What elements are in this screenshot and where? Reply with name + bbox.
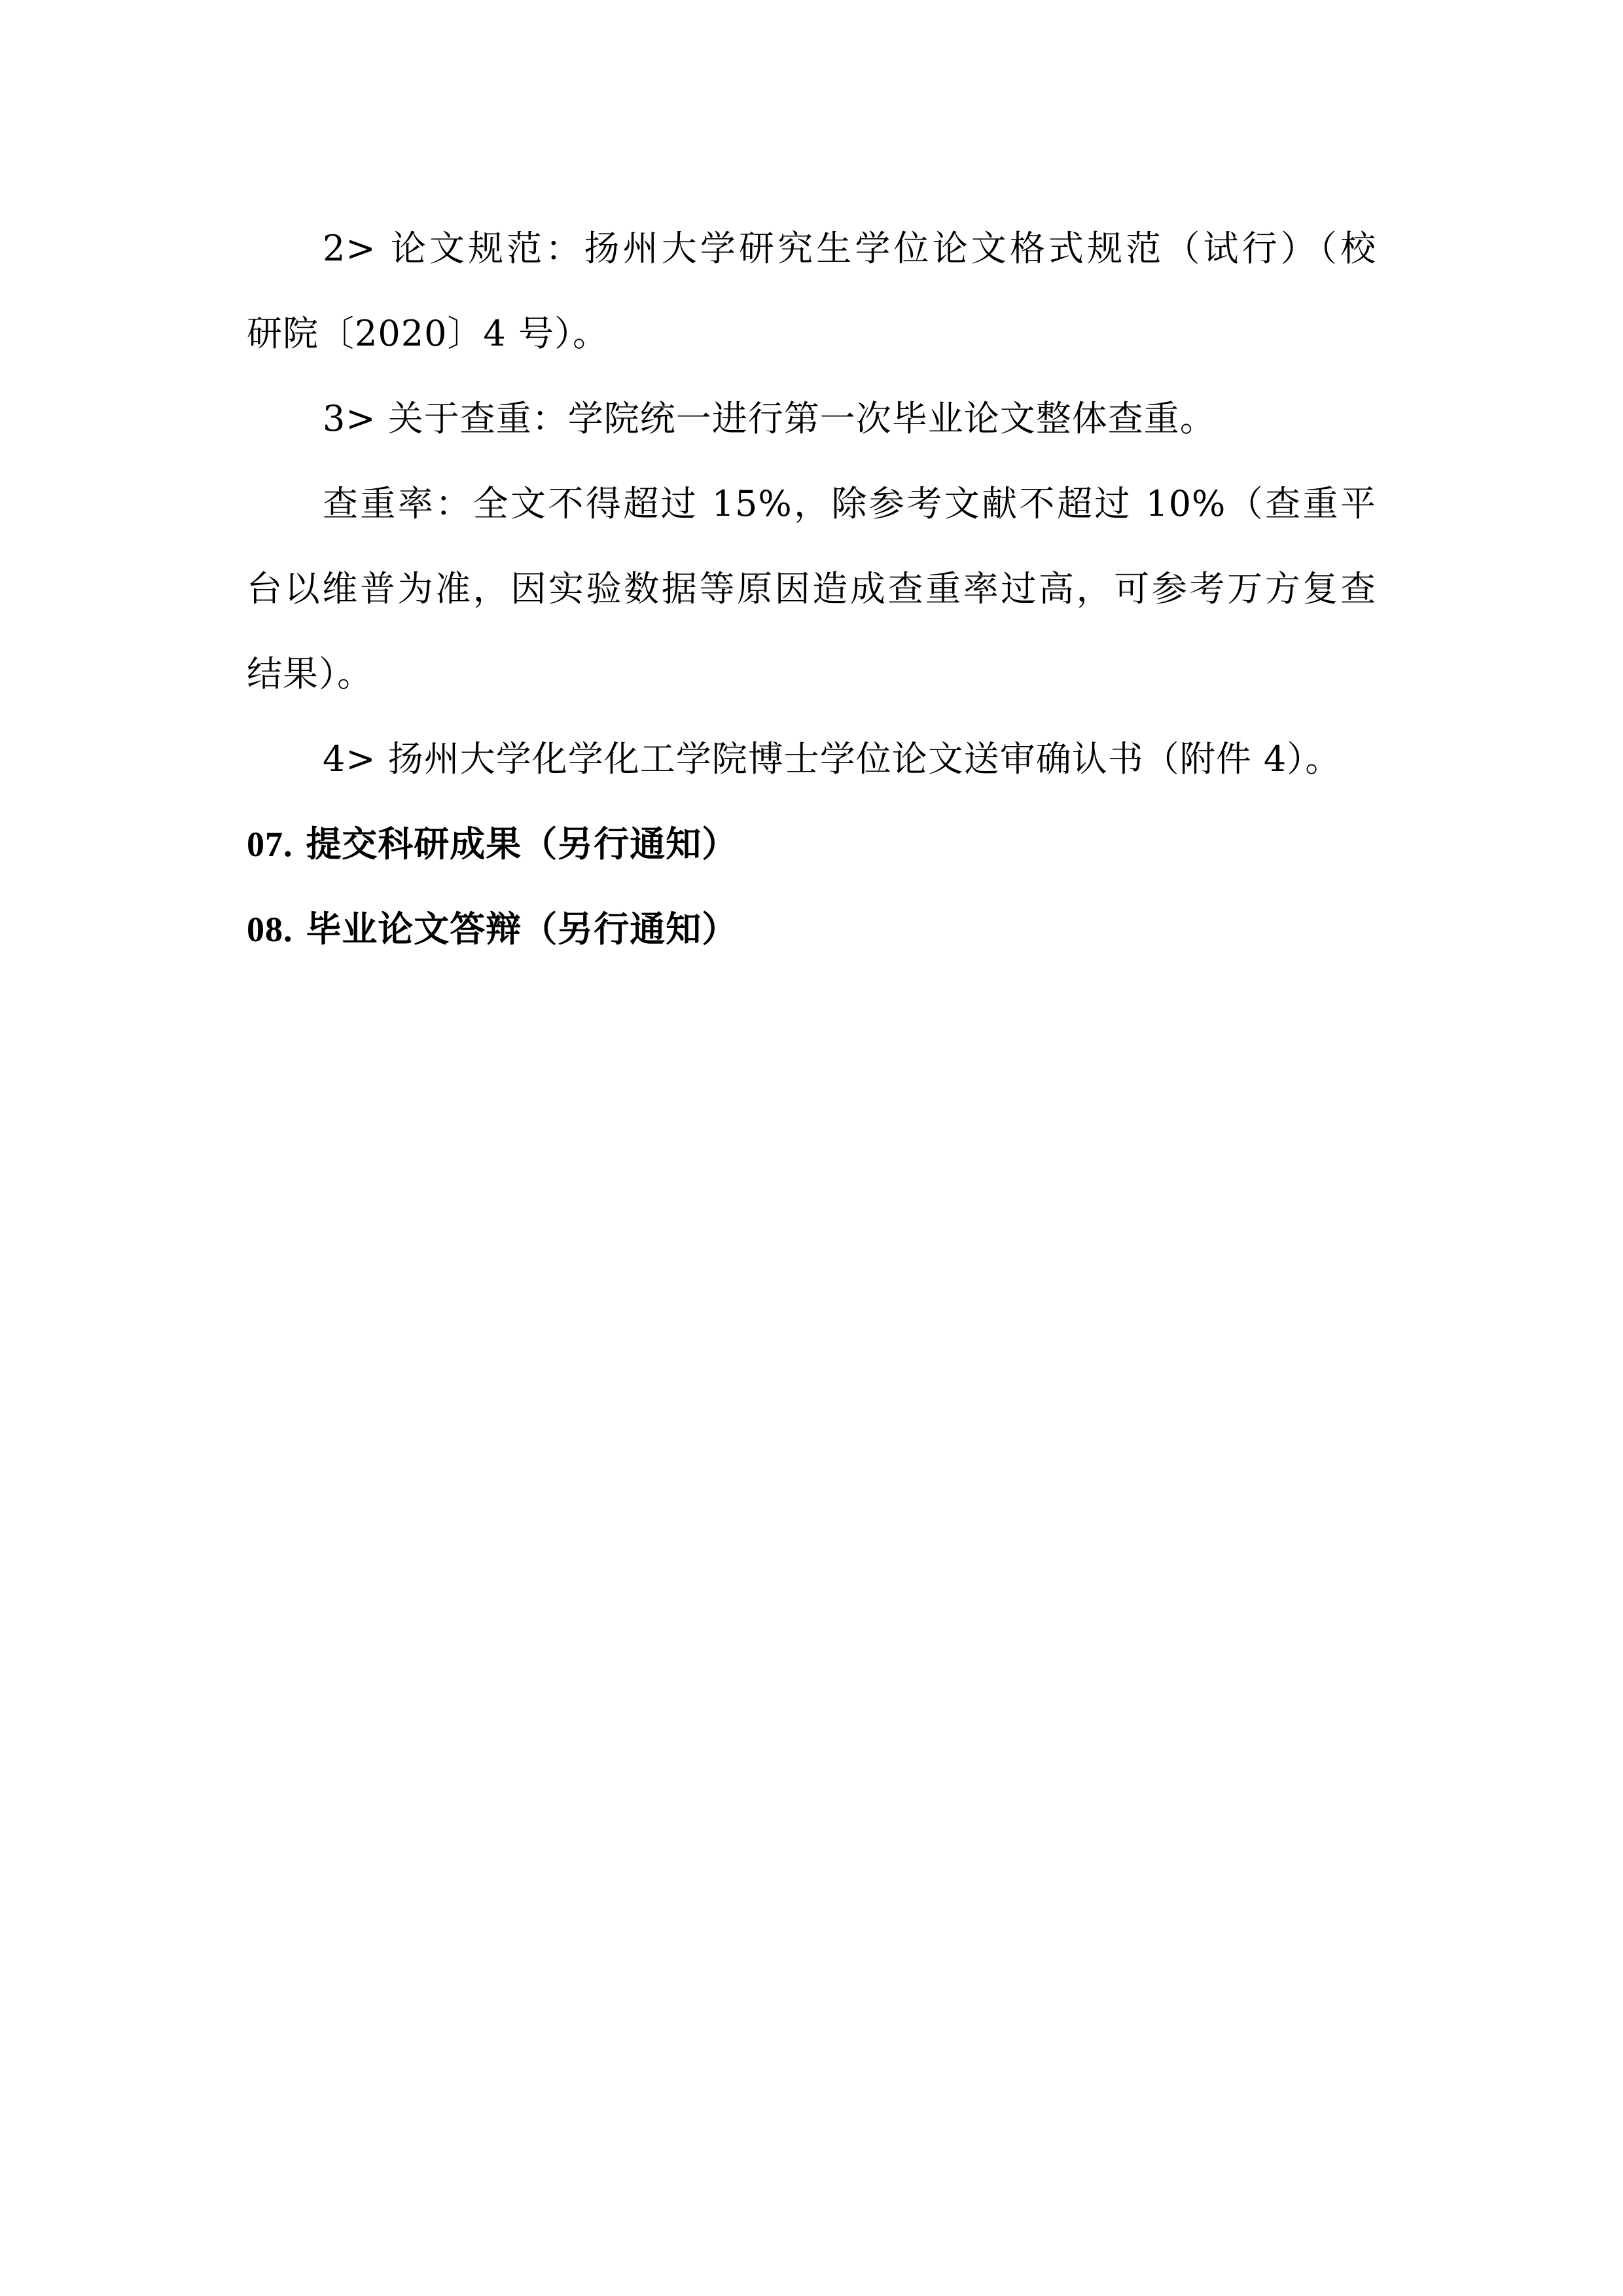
item-2-line-1: 2> 论文规范：扬州大学研究生学位论文格式规范（试行）（校 [323, 206, 1376, 291]
document-page: 2> 论文规范：扬州大学研究生学位论文格式规范（试行）（校 研院〔2020〕4 … [247, 0, 1379, 2296]
item-3-line-1: 3> 关于查重：学院统一进行第一次毕业论文整体查重。 [323, 376, 1216, 461]
item-2-line-2: 研院〔2020〕4 号）。 [247, 291, 609, 376]
section-heading-07-title: 提交科研成果（另行通知） [306, 823, 738, 865]
plagiarism-rate-line-3: 结果）。 [247, 632, 373, 717]
plagiarism-rate-line-1: 查重率：全文不得超过 15%，除参考文献不超过 10%（查重平 [323, 461, 1376, 547]
section-heading-07: 07. 提交科研成果（另行通知） [247, 802, 738, 887]
plagiarism-rate-line-2: 台以维普为准，因实验数据等原因造成查重率过高，可参考万方复查 [247, 547, 1376, 632]
section-heading-07-number: 07. [247, 825, 293, 864]
item-4-line-1: 4> 扬州大学化学化工学院博士学位论文送审确认书（附件 4）。 [323, 717, 1341, 802]
section-heading-08-number: 08. [247, 910, 293, 949]
section-heading-08-title: 毕业论文答辩（另行通知） [306, 908, 738, 950]
section-heading-08: 08. 毕业论文答辩（另行通知） [247, 887, 738, 972]
